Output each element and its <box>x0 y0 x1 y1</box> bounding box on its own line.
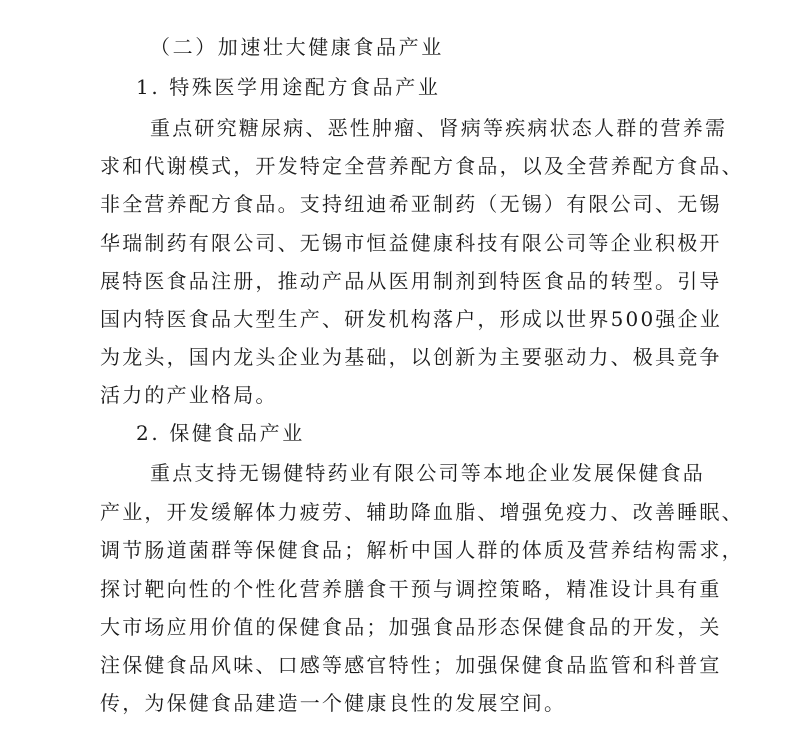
paragraph-line: 传，为保健食品建造一个健康良性的发展空间。 <box>100 691 700 715</box>
paragraph-line: 注保健食品风味、口感等感官特性；加强保健食品监管和科普宣 <box>100 653 700 677</box>
paragraph-line: 非全营养配方食品。支持纽迪希亚制药（无锡）有限公司、无锡 <box>100 192 700 216</box>
paragraph-line: 调节肠道菌群等保健食品；解析中国人群的体质及营养结构需求， <box>100 538 700 562</box>
document-page: （二）加速壮大健康食品产业 1. 特殊医学用途配方食品产业 重点研究糖尿病、恶性… <box>0 0 800 736</box>
subsection-1-title: 1. 特殊医学用途配方食品产业 <box>136 75 736 99</box>
paragraph-line: 产业，开发缓解体力疲劳、辅助降血脂、增强免疫力、改善睡眠、 <box>100 500 700 524</box>
paragraph-line: 展特医食品注册，推动产品从医用制剂到特医食品的转型。引导 <box>100 269 700 293</box>
paragraph-line: 活力的产业格局。 <box>100 383 700 407</box>
section-heading: （二）加速壮大健康食品产业 <box>150 35 750 59</box>
paragraph-line: 探讨靶向性的个性化营养膳食干预与调控策略，精准设计具有重 <box>100 577 700 601</box>
paragraph-line: 华瑞制药有限公司、无锡市恒益健康科技有限公司等企业积极开 <box>100 231 700 255</box>
paragraph-line: 国内特医食品大型生产、研发机构落户，形成以世界500强企业 <box>100 307 700 331</box>
paragraph-line: 求和代谢模式，开发特定全营养配方食品，以及全营养配方食品、 <box>100 154 700 178</box>
subsection-2-title: 2. 保健食品产业 <box>136 421 736 445</box>
paragraph-line: 重点支持无锡健特药业有限公司等本地企业发展保健食品 <box>150 461 750 485</box>
paragraph-line: 为龙头，国内龙头企业为基础，以创新为主要驱动力、极具竞争 <box>100 345 700 369</box>
paragraph-line: 大市场应用价值的保健食品；加强食品形态保健食品的开发，关 <box>100 615 700 639</box>
paragraph-line: 重点研究糖尿病、恶性肿瘤、肾病等疾病状态人群的营养需 <box>150 116 750 140</box>
